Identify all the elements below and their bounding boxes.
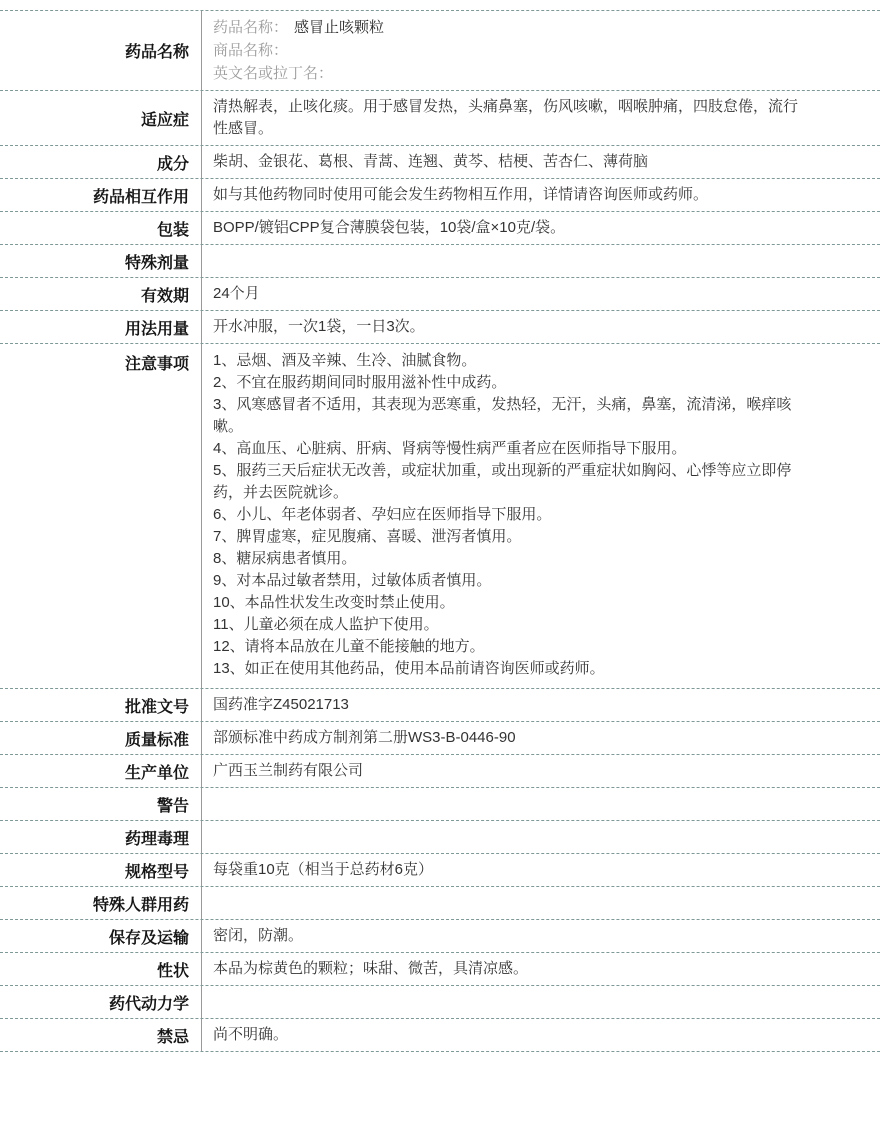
quality-standard-value: 部颁标准中药成方制剂第二册WS3-B-0446-90 [202,722,880,754]
precaution-item: 6、小儿、年老体弱者、孕妇应在医师指导下服用。 [213,504,812,526]
label-warning: 警告 [0,788,202,820]
specification-value: 每袋重10克（相当于总药材6克） [202,854,880,886]
table-row: 适应症 清热解表，止咳化痰。用于感冒发热，头痛鼻塞，伤风咳嗽，咽喉肿痛，四肢怠倦… [0,91,880,146]
table-row: 药理毒理 [0,821,880,854]
label-contraindications: 禁忌 [0,1019,202,1051]
label-precautions: 注意事项 [0,344,202,688]
approval-number-value: 国药准字Z45021713 [202,689,880,721]
precaution-item: 3、风寒感冒者不适用，其表现为恶寒重，发热轻，无汗，头痛，鼻塞，流清涕，喉痒咳嗽… [213,394,812,438]
packaging-value: BOPP/镀铝CPP复合薄膜袋包装，10袋/盒×10克/袋。 [202,212,880,244]
precaution-item: 5、服药三天后症状无改善，或症状加重，或出现新的严重症状如胸闷、心悸等应立即停药… [213,460,812,504]
precaution-item: 9、对本品过敏者禁用，过敏体质者慎用。 [213,570,812,592]
table-row: 注意事项 1、忌烟、酒及辛辣、生冷、油腻食物。 2、不宜在服药期间同时服用滋补性… [0,344,880,689]
warning-value [202,788,880,820]
precautions-value: 1、忌烟、酒及辛辣、生冷、油腻食物。 2、不宜在服药期间同时服用滋补性中成药。 … [202,344,880,688]
precaution-item: 8、糖尿病患者慎用。 [213,548,812,570]
label-pharmacology-toxicology: 药理毒理 [0,821,202,853]
label-manufacturer: 生产单位 [0,755,202,787]
precaution-item: 11、儿童必须在成人监护下使用。 [213,614,812,636]
table-row: 用法用量 开水冲服，一次1袋，一日3次。 [0,311,880,344]
label-storage-transport: 保存及运输 [0,920,202,952]
pharmacology-toxicology-value [202,821,880,853]
pharmacokinetics-value [202,986,880,1018]
label-pharmacokinetics: 药代动力学 [0,986,202,1018]
table-row: 药品相互作用 如与其他药物同时使用可能会发生药物相互作用，详情请咨询医师或药师。 [0,179,880,212]
precaution-item: 13、如正在使用其他药品，使用本品前请咨询医师或药师。 [213,658,812,680]
table-row: 有效期 24个月 [0,278,880,311]
table-row: 特殊剂量 [0,245,880,278]
drug-interactions-value: 如与其他药物同时使用可能会发生药物相互作用，详情请咨询医师或药师。 [202,179,880,211]
latin-name-sublabel: 英文名或拉丁名： [213,65,333,82]
table-row: 批准文号 国药准字Z45021713 [0,689,880,722]
label-indications: 适应症 [0,91,202,145]
precaution-item: 4、高血压、心脏病、肝病、肾病等慢性病严重者应在医师指导下服用。 [213,438,812,460]
precaution-item: 7、脾胃虚寒，症见腹痛、喜暖、泄泻者慎用。 [213,526,812,548]
drug-name-cell: 药品名称：感冒止咳颗粒 商品名称： 英文名或拉丁名： [202,11,880,90]
drug-name-sublabel: 药品名称： [213,19,288,36]
precaution-item: 12、请将本品放在儿童不能接触的地方。 [213,636,812,658]
drug-name-value: 感冒止咳颗粒 [294,19,384,36]
table-row: 成分 柴胡、金银花、葛根、青蒿、连翘、黄芩、桔梗、苦杏仁、薄荷脑 [0,146,880,179]
label-special-dosage: 特殊剂量 [0,245,202,277]
special-populations-value [202,887,880,919]
table-row: 性状 本品为棕黄色的颗粒；味甜、微苦，具清凉感。 [0,953,880,986]
manufacturer-value: 广西玉兰制药有限公司 [202,755,880,787]
label-packaging: 包装 [0,212,202,244]
label-shelf-life: 有效期 [0,278,202,310]
label-drug-interactions: 药品相互作用 [0,179,202,211]
table-row: 特殊人群用药 [0,887,880,920]
table-row: 药品名称 药品名称：感冒止咳颗粒 商品名称： 英文名或拉丁名： [0,11,880,91]
indications-value: 清热解表，止咳化痰。用于感冒发热，头痛鼻塞，伤风咳嗽，咽喉肿痛，四肢怠倦，流行性… [202,91,880,145]
table-row: 规格型号 每袋重10克（相当于总药材6克） [0,854,880,887]
shelf-life-value: 24个月 [202,278,880,310]
contraindications-value: 尚不明确。 [202,1019,880,1051]
label-approval-number: 批准文号 [0,689,202,721]
description-value: 本品为棕黄色的颗粒；味甜、微苦，具清凉感。 [202,953,880,985]
precaution-item: 10、本品性状发生改变时禁止使用。 [213,592,812,614]
table-row: 药代动力学 [0,986,880,1019]
table-row: 包装 BOPP/镀铝CPP复合薄膜袋包装，10袋/盒×10克/袋。 [0,212,880,245]
label-description: 性状 [0,953,202,985]
trade-name-line: 商品名称： [213,39,812,62]
dosage-usage-value: 开水冲服，一次1袋，一日3次。 [202,311,880,343]
label-quality-standard: 质量标准 [0,722,202,754]
label-specification: 规格型号 [0,854,202,886]
precaution-item: 2、不宜在服药期间同时服用滋补性中成药。 [213,372,812,394]
label-dosage-usage: 用法用量 [0,311,202,343]
latin-name-line: 英文名或拉丁名： [213,62,812,85]
label-ingredients: 成分 [0,146,202,178]
precaution-item: 1、忌烟、酒及辛辣、生冷、油腻食物。 [213,350,812,372]
table-row: 保存及运输 密闭，防潮。 [0,920,880,953]
storage-transport-value: 密闭，防潮。 [202,920,880,952]
label-drug-name: 药品名称 [0,11,202,90]
ingredients-value: 柴胡、金银花、葛根、青蒿、连翘、黄芩、桔梗、苦杏仁、薄荷脑 [202,146,880,178]
table-row: 禁忌 尚不明确。 [0,1019,880,1052]
label-special-populations: 特殊人群用药 [0,887,202,919]
drug-name-line: 药品名称：感冒止咳颗粒 [213,16,812,39]
table-row: 生产单位 广西玉兰制药有限公司 [0,755,880,788]
table-row: 警告 [0,788,880,821]
special-dosage-value [202,245,880,277]
drug-info-table: 药品名称 药品名称：感冒止咳颗粒 商品名称： 英文名或拉丁名： 适应症 清热解表… [0,10,880,1052]
trade-name-sublabel: 商品名称： [213,42,288,59]
table-row: 质量标准 部颁标准中药成方制剂第二册WS3-B-0446-90 [0,722,880,755]
